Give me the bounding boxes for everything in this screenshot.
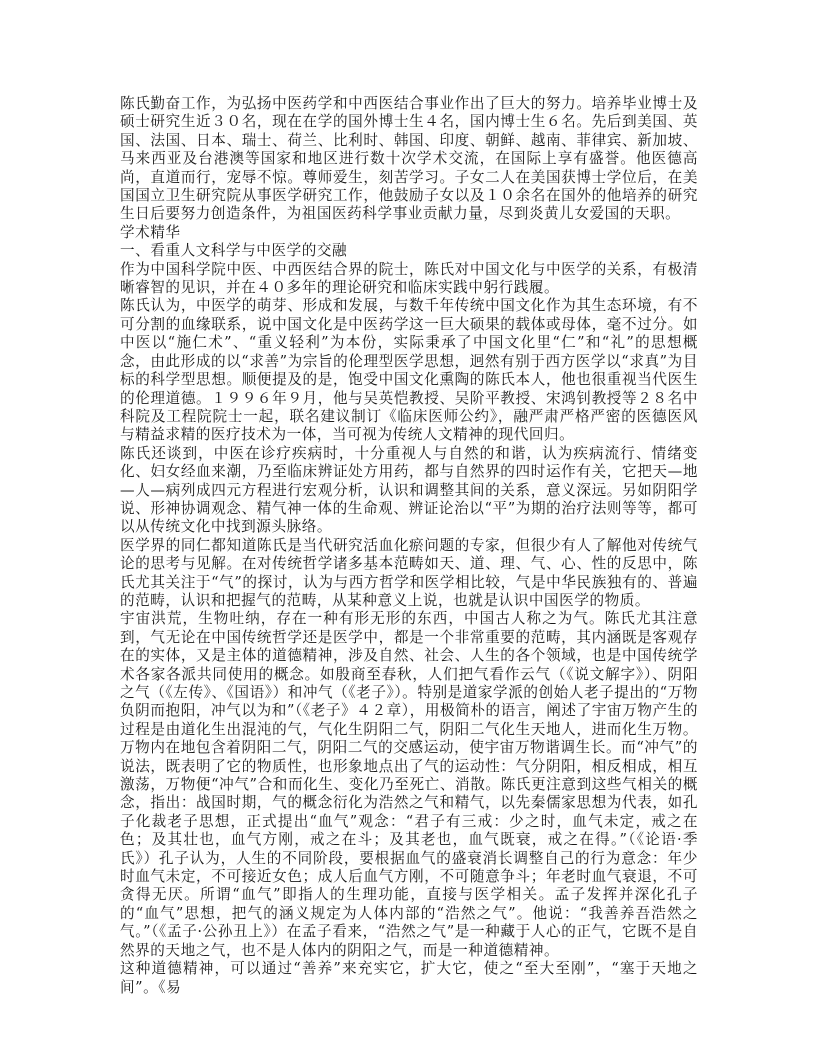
paragraph-culture: 陈氏认为，中医学的萌芽、形成和发展，与数千年传统中国文化作为其生态环境，有不可分… xyxy=(120,297,698,444)
subsection-heading: 一、看重人文科学与中医学的交融 xyxy=(120,242,698,260)
paragraph-nature: 陈氏还谈到，中医在诊疗疾病时，十分重视人与自然的和谐，认为疾病流行、情绪变化、妇… xyxy=(120,445,698,537)
paragraph-qi-history: 宇宙洪荒，生物吐纳，存在一种有形无形的东西，中国古人称之为气。陈氏尤其注意到，气… xyxy=(120,610,698,960)
paragraph-qi-theory: 医学界的同仁都知道陈氏是当代研究活血化瘀问题的专家，但很少有人了解他对传统气论的… xyxy=(120,537,698,611)
paragraph-moral-spirit: 这种道德精神，可以通过“善养”来充实它，扩大它，使之“至大至刚”，“塞于天地之间… xyxy=(120,960,698,997)
section-heading: 学术精华 xyxy=(120,224,698,242)
document-page: 陈氏勤奋工作，为弘扬中医药学和中西医结合事业作出了巨大的努力。培养毕业博士及硕士… xyxy=(120,95,698,997)
paragraph-intro: 作为中国科学院中医、中西医结合界的院士，陈氏对中国文化与中医学的关系，有极清晰睿… xyxy=(120,261,698,298)
paragraph-biography: 陈氏勤奋工作，为弘扬中医药学和中西医结合事业作出了巨大的努力。培养毕业博士及硕士… xyxy=(120,95,698,224)
